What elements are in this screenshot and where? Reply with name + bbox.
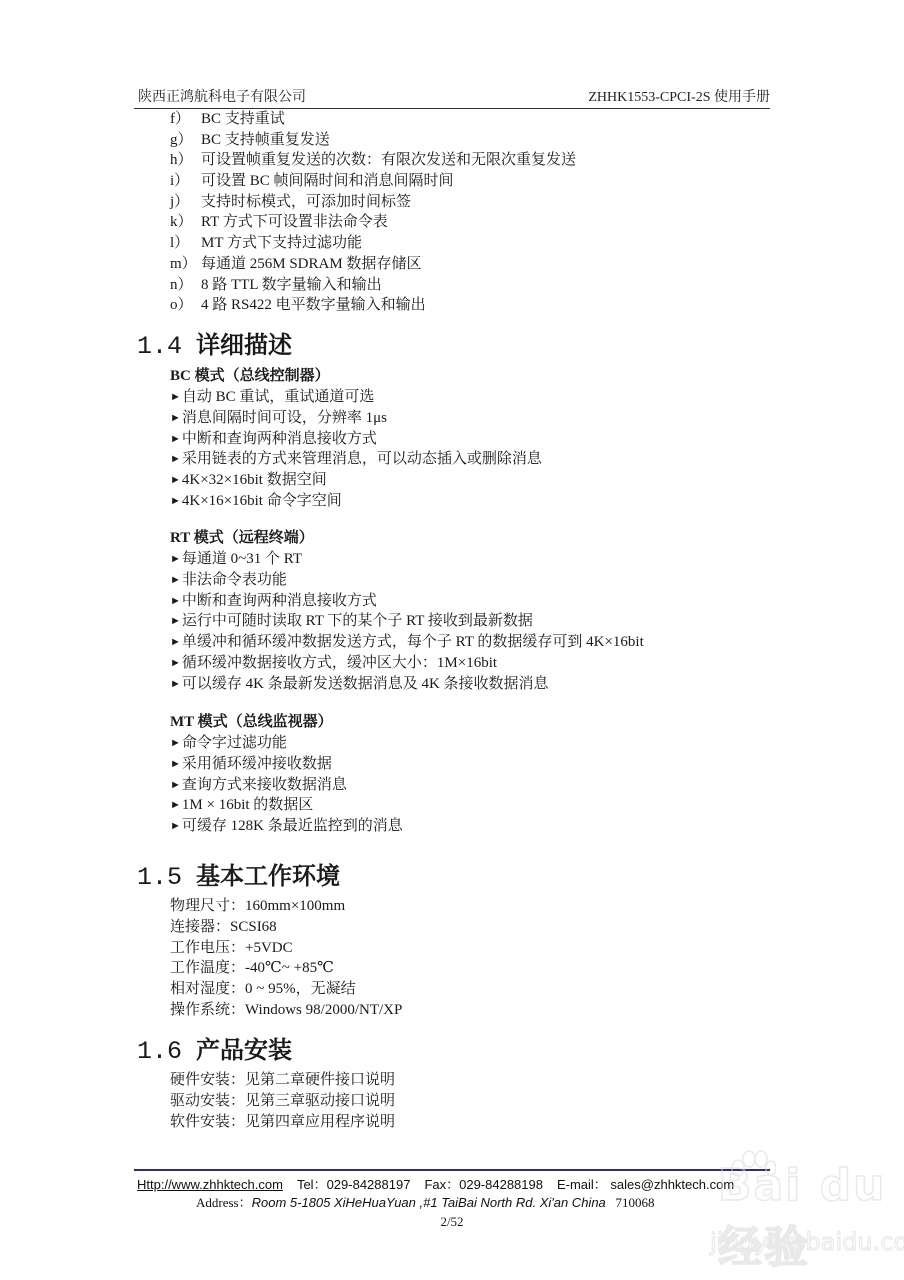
triangle-bullet-icon: ► xyxy=(170,636,181,648)
bullet-item: ►消息间隔时间可设，分辨率 1μs xyxy=(170,408,542,429)
bullet-text: 每通道 0~31 个 RT xyxy=(182,551,302,567)
bullet-item: ►中断和查询两种消息接收方式 xyxy=(170,591,644,612)
list-marker: g） xyxy=(170,130,201,151)
bullet-item: ►采用链表的方式来管理消息，可以动态插入或删除消息 xyxy=(170,449,542,470)
bullet-text: 自动 BC 重试，重试通道可选 xyxy=(182,389,375,405)
bullet-item: ►运行中可随时读取 RT 下的某个子 RT 接收到最新数据 xyxy=(170,611,644,632)
footer-divider xyxy=(134,1169,770,1171)
install-row-driver: 驱动安装：见第三章驱动接口说明 xyxy=(170,1091,395,1112)
manual-title: ZHHK1553-CPCI-2S 使用手册 xyxy=(588,86,770,106)
section-heading-1-6: 1.6产品安装 xyxy=(137,1030,292,1066)
list-text: BC 支持重试 xyxy=(201,111,285,127)
triangle-bullet-icon: ► xyxy=(170,391,181,403)
triangle-bullet-icon: ► xyxy=(170,737,181,749)
document-page: 陕西正鸿航科电子有限公司 ZHHK1553-CPCI-2S 使用手册 f）BC … xyxy=(0,0,904,1280)
watermark-site-text: jingyan.baidu.com xyxy=(710,1228,904,1256)
bullet-text: 可缓存 128K 条最近监控到的消息 xyxy=(182,818,403,834)
address-label: Address： xyxy=(196,1195,252,1210)
bullet-item: ►中断和查询两种消息接收方式 xyxy=(170,429,542,450)
bullet-text: 采用循环缓冲接收数据 xyxy=(182,756,332,772)
list-text: 4 路 RS422 电平数字量输入和输出 xyxy=(201,297,426,313)
bullet-item: ►4K×32×16bit 数据空间 xyxy=(170,470,542,491)
env-row-voltage: 工作电压：+5VDC xyxy=(170,938,402,959)
list-marker: k） xyxy=(170,212,201,233)
footer-address: Address：Room 5-1805 XiHeHuaYuan ,#1 TaiB… xyxy=(196,1192,655,1211)
bullet-item: ►可以缓存 4K 条最新发送数据消息及 4K 条接收数据消息 xyxy=(170,674,644,695)
section-title: 基本工作环境 xyxy=(196,862,340,890)
list-item: l）MT 方式下支持过滤功能 xyxy=(170,233,576,254)
list-item: m）每通道 256M SDRAM 数据存储区 xyxy=(170,254,576,275)
triangle-bullet-icon: ► xyxy=(170,779,181,791)
bullet-item: ►非法命令表功能 xyxy=(170,570,644,591)
triangle-bullet-icon: ► xyxy=(170,657,181,669)
mt-mode-heading: MT 模式（总线监视器） xyxy=(170,712,403,733)
bullet-text: 运行中可随时读取 RT 下的某个子 RT 接收到最新数据 xyxy=(182,613,533,629)
bullet-text: 循环缓冲数据接收方式，缓冲区大小：1M×16bit xyxy=(182,655,497,671)
triangle-bullet-icon: ► xyxy=(170,799,181,811)
list-marker: n） xyxy=(170,275,201,296)
triangle-bullet-icon: ► xyxy=(170,553,181,565)
bullet-item: ►可缓存 128K 条最近监控到的消息 xyxy=(170,816,403,837)
bullet-text: 可以缓存 4K 条最新发送数据消息及 4K 条接收数据消息 xyxy=(182,676,549,692)
footer-tel: Tel：029-84288197 xyxy=(297,1177,410,1192)
paw-logo-icon xyxy=(730,1150,776,1180)
installation-list: 硬件安装：见第二章硬件接口说明 驱动安装：见第三章驱动接口说明 软件安装：见第四… xyxy=(170,1070,395,1132)
list-text: 支持时标模式，可添加时间标签 xyxy=(201,194,411,210)
bullet-text: 非法命令表功能 xyxy=(182,572,287,588)
rt-mode-heading: RT 模式（远程终端） xyxy=(170,528,644,549)
env-row-connector: 连接器：SCSI68 xyxy=(170,917,402,938)
triangle-bullet-icon: ► xyxy=(170,574,181,586)
list-text: RT 方式下可设置非法命令表 xyxy=(201,214,388,230)
footer-fax: Fax：029-84288198 xyxy=(424,1177,543,1192)
triangle-bullet-icon: ► xyxy=(170,595,181,607)
env-row-temperature: 工作温度：-40℃~ +85℃ xyxy=(170,958,402,979)
triangle-bullet-icon: ► xyxy=(170,758,181,770)
install-row-software: 软件安装：见第四章应用程序说明 xyxy=(170,1112,395,1133)
list-marker: j） xyxy=(170,192,201,213)
work-environment-list: 物理尺寸：160mm×100mm 连接器：SCSI68 工作电压：+5VDC 工… xyxy=(170,896,402,1021)
list-item: i）可设置 BC 帧间隔时间和消息间隔时间 xyxy=(170,171,576,192)
bullet-item: ►采用循环缓冲接收数据 xyxy=(170,754,403,775)
list-marker: i） xyxy=(170,171,201,192)
bullet-text: 命令字过滤功能 xyxy=(182,735,287,751)
bullet-item: ►1M × 16bit 的数据区 xyxy=(170,795,403,816)
bullet-item: ►查询方式来接收数据消息 xyxy=(170,775,403,796)
bullet-text: 中断和查询两种消息接收方式 xyxy=(182,431,377,447)
list-item: j）支持时标模式，可添加时间标签 xyxy=(170,192,576,213)
list-item: g）BC 支持帧重复发送 xyxy=(170,130,576,151)
bullet-item: ►自动 BC 重试，重试通道可选 xyxy=(170,387,542,408)
triangle-bullet-icon: ► xyxy=(170,495,181,507)
footer-contact: Http://www.zhhktech.comTel：029-84288197F… xyxy=(137,1174,734,1193)
bc-mode-block: BC 模式（总线控制器） ►自动 BC 重试，重试通道可选 ►消息间隔时间可设，… xyxy=(170,366,542,512)
bullet-text: 查询方式来接收数据消息 xyxy=(182,777,347,793)
section-heading-1-5: 1.5基本工作环境 xyxy=(137,856,340,892)
list-item: h）可设置帧重复发送的次数：有限次发送和无限次重复发送 xyxy=(170,150,576,171)
bullet-text: 4K×32×16bit 数据空间 xyxy=(182,472,327,488)
address-text: Room 5-1805 XiHeHuaYuan ,#1 TaiBai North… xyxy=(252,1195,606,1210)
bullet-item: ►命令字过滤功能 xyxy=(170,733,403,754)
feature-list: f）BC 支持重试 g）BC 支持帧重复发送 h）可设置帧重复发送的次数：有限次… xyxy=(170,109,576,316)
list-item: o）4 路 RS422 电平数字量输入和输出 xyxy=(170,295,576,316)
footer-email: E-mail： sales@zhhktech.com xyxy=(557,1177,734,1192)
env-row-dimensions: 物理尺寸：160mm×100mm xyxy=(170,896,402,917)
list-text: MT 方式下支持过滤功能 xyxy=(201,235,362,251)
list-marker: h） xyxy=(170,150,201,171)
bullet-text: 采用链表的方式来管理消息，可以动态插入或删除消息 xyxy=(182,451,542,467)
bullet-text: 4K×16×16bit 命令字空间 xyxy=(182,493,342,509)
list-text: 每通道 256M SDRAM 数据存储区 xyxy=(201,256,421,272)
list-marker: f） xyxy=(170,109,201,130)
section-title: 详细描述 xyxy=(196,331,292,359)
section-number: 1.5 xyxy=(137,863,182,892)
list-text: 可设置帧重复发送的次数：有限次发送和无限次重复发送 xyxy=(201,152,576,168)
bullet-item: ►4K×16×16bit 命令字空间 xyxy=(170,491,542,512)
list-text: BC 支持帧重复发送 xyxy=(201,132,330,148)
list-marker: l） xyxy=(170,233,201,254)
page-number: 2/52 xyxy=(0,1214,904,1230)
list-text: 可设置 BC 帧间隔时间和消息间隔时间 xyxy=(201,173,454,189)
list-marker: m） xyxy=(170,254,201,275)
bc-mode-heading: BC 模式（总线控制器） xyxy=(170,366,542,387)
list-item: k）RT 方式下可设置非法命令表 xyxy=(170,212,576,233)
list-item: f）BC 支持重试 xyxy=(170,109,576,130)
bullet-item: ►每通道 0~31 个 RT xyxy=(170,549,644,570)
rt-mode-block: RT 模式（远程终端） ►每通道 0~31 个 RT ►非法命令表功能 ►中断和… xyxy=(170,528,644,695)
section-title: 产品安装 xyxy=(196,1036,292,1064)
install-row-hardware: 硬件安装：见第二章硬件接口说明 xyxy=(170,1070,395,1091)
triangle-bullet-icon: ► xyxy=(170,412,181,424)
website-link[interactable]: Http://www.zhhktech.com xyxy=(137,1177,283,1192)
postcode: 710068 xyxy=(616,1195,655,1210)
bullet-text: 单缓冲和循环缓冲数据发送方式，每个子 RT 的数据缓存可到 4K×16bit xyxy=(182,634,644,650)
bullet-text: 1M × 16bit 的数据区 xyxy=(182,797,313,813)
bullet-text: 中断和查询两种消息接收方式 xyxy=(182,593,377,609)
env-row-humidity: 相对湿度：0 ~ 95%，无凝结 xyxy=(170,979,402,1000)
section-heading-1-4: 1.4详细描述 xyxy=(137,325,292,361)
triangle-bullet-icon: ► xyxy=(170,453,181,465)
env-row-os: 操作系统：Windows 98/2000/NT/XP xyxy=(170,1000,402,1021)
triangle-bullet-icon: ► xyxy=(170,678,181,690)
mt-mode-block: MT 模式（总线监视器） ►命令字过滤功能 ►采用循环缓冲接收数据 ►查询方式来… xyxy=(170,712,403,837)
section-number: 1.6 xyxy=(137,1037,182,1066)
triangle-bullet-icon: ► xyxy=(170,615,181,627)
bullet-item: ►循环缓冲数据接收方式，缓冲区大小：1M×16bit xyxy=(170,653,644,674)
triangle-bullet-icon: ► xyxy=(170,474,181,486)
baidu-jingyan-watermark: Bai du 经验 jingyan.baidu.com xyxy=(710,1150,900,1260)
bullet-text: 消息间隔时间可设，分辨率 1μs xyxy=(182,410,387,426)
page-header: 陕西正鸿航科电子有限公司 ZHHK1553-CPCI-2S 使用手册 xyxy=(138,86,770,106)
list-text: 8 路 TTL 数字量输入和输出 xyxy=(201,277,382,293)
list-item: n）8 路 TTL 数字量输入和输出 xyxy=(170,275,576,296)
section-number: 1.4 xyxy=(137,332,182,361)
company-name: 陕西正鸿航科电子有限公司 xyxy=(138,86,306,106)
triangle-bullet-icon: ► xyxy=(170,433,181,445)
triangle-bullet-icon: ► xyxy=(170,820,181,832)
bullet-item: ►单缓冲和循环缓冲数据发送方式，每个子 RT 的数据缓存可到 4K×16bit xyxy=(170,632,644,653)
list-marker: o） xyxy=(170,295,201,316)
